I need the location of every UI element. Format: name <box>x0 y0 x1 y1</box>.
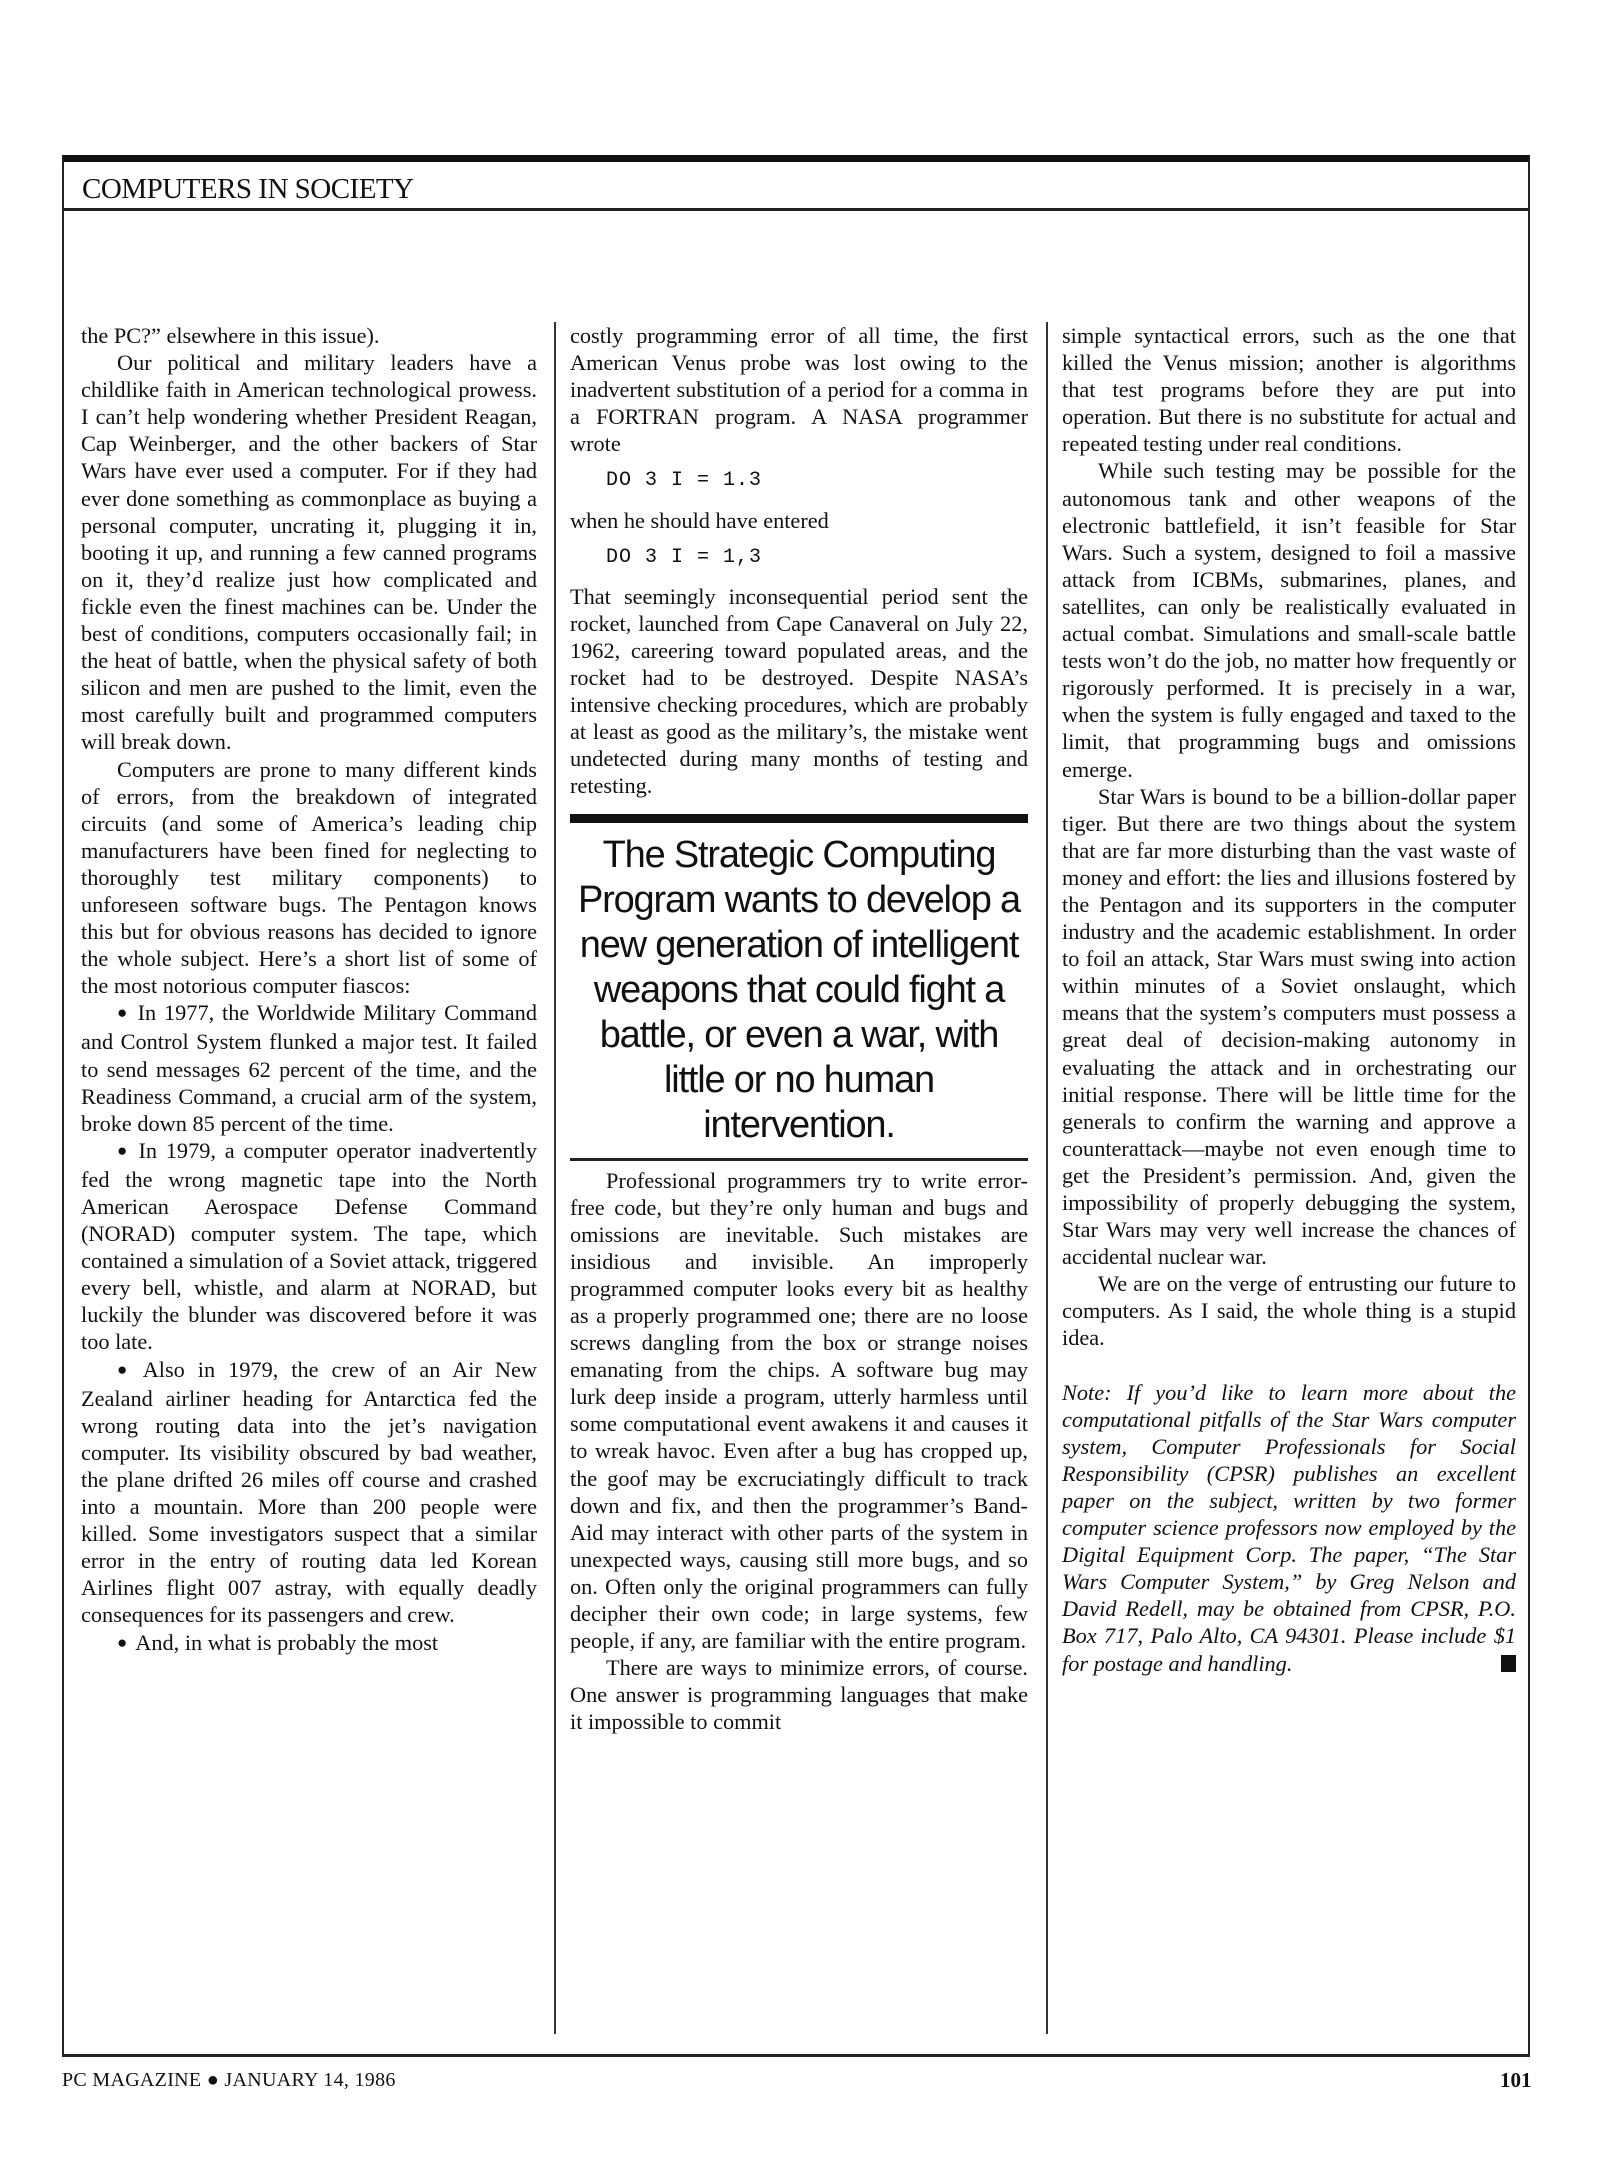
section-header: COMPUTERS IN SOCIETY <box>64 162 1528 211</box>
pull-quote-rule-bottom <box>570 1158 1028 1161</box>
page-number: 101 <box>1500 2068 1532 2093</box>
paragraph: While such testing may be possible for t… <box>1062 457 1516 782</box>
article-column-3: simple syntactical errors, such as the o… <box>1062 322 1516 1677</box>
paragraph: costly programming error of all time, th… <box>570 322 1028 457</box>
bullet-item: Also in 1979, the crew of an Air New Zea… <box>81 1356 537 1629</box>
section-title: COMPUTERS IN SOCIETY <box>82 173 414 206</box>
paragraph: Professional programmers try to write er… <box>570 1167 1028 1655</box>
article-column-2: costly programming error of all time, th… <box>570 322 1028 1735</box>
paragraph: when he should have entered <box>570 507 1028 534</box>
pull-quote: The Strategic Computing Program wants to… <box>570 833 1028 1148</box>
code-sample-correct: DO 3 I = 1,3 <box>606 544 1028 571</box>
code-sample-wrong: DO 3 I = 1.3 <box>606 467 1028 494</box>
bullet-item: In 1977, the Worldwide Military Command … <box>81 999 537 1136</box>
pull-quote-rule-top <box>570 814 1028 823</box>
bullet-item: In 1979, a computer operator inadvertent… <box>81 1137 537 1356</box>
column-divider <box>554 322 556 2034</box>
article-column-1: the PC?” elsewhere in this issue). Our p… <box>81 322 537 1658</box>
column-divider <box>1046 322 1048 2034</box>
paragraph: simple syntactical errors, such as the o… <box>1062 322 1516 457</box>
article-frame: COMPUTERS IN SOCIETY the PC?” elsewhere … <box>62 155 1530 2057</box>
paragraph: That seemingly inconsequential period se… <box>570 583 1028 800</box>
end-of-article-mark-icon <box>1501 1655 1516 1672</box>
bullet-item: And, in what is probably the most <box>81 1629 537 1658</box>
paragraph: Star Wars is bound to be a billion-dolla… <box>1062 783 1516 1271</box>
paragraph: There are ways to minimize errors, of co… <box>570 1654 1028 1735</box>
author-note: Note: If you’d like to learn more about … <box>1062 1379 1516 1677</box>
paragraph: the PC?” elsewhere in this issue). <box>81 322 537 349</box>
paragraph: Our political and military leaders have … <box>81 349 537 755</box>
publication-footer: PC MAGAZINE ● JANUARY 14, 1986 <box>62 2069 396 2092</box>
paragraph: We are on the verge of entrusting our fu… <box>1062 1270 1516 1351</box>
paragraph: Computers are prone to many different ki… <box>81 756 537 1000</box>
